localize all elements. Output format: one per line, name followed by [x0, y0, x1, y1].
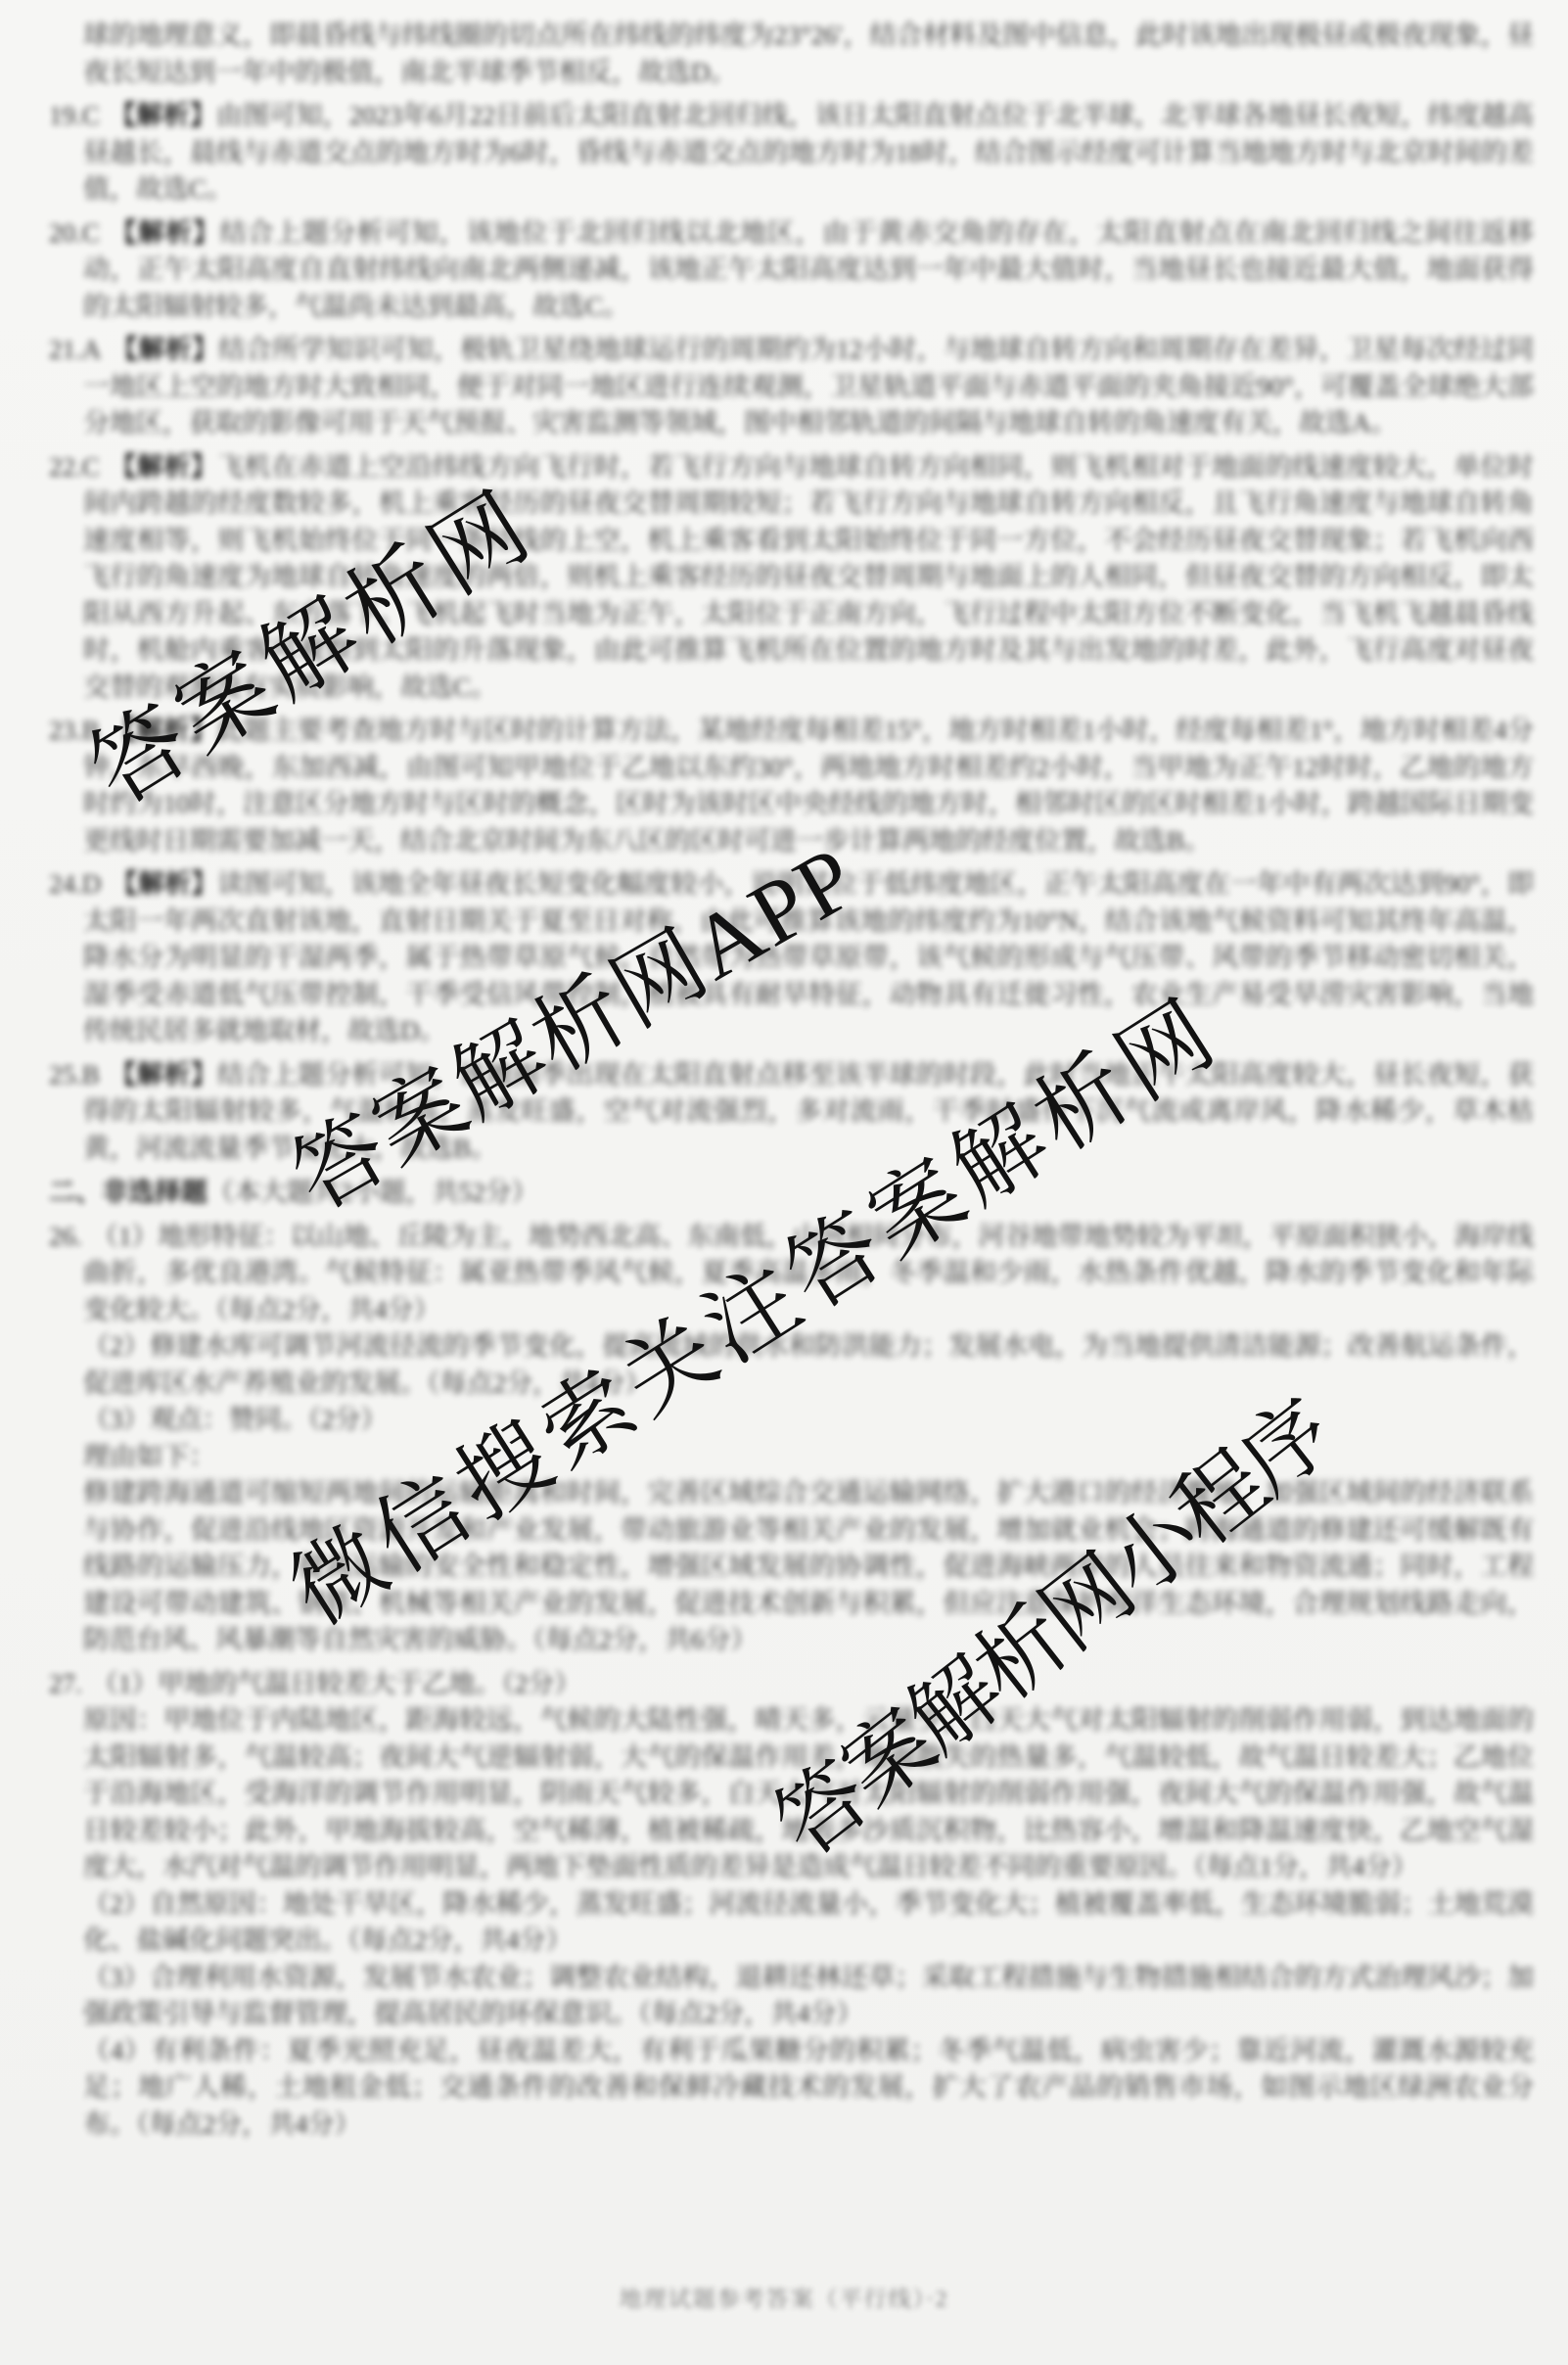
- item-number-answer: 25.B: [49, 1060, 100, 1090]
- question-part-4: （4）有利条件：夏季光照充足，昼夜温差大，有利于瓜果糖分的积累；冬季气温低，病虫…: [83, 2033, 1534, 2144]
- item-explanation: 读图可知，该地全年昼夜长短变化幅度较小，说明其位于低纬度地区，正午太阳高度在一年…: [83, 869, 1534, 1045]
- answer-item-21: 21.A【解析】结合所学知识可知，极轨卫星绕地球运行的周期约为12小时，与地球自…: [49, 332, 1534, 442]
- subjective-question-27: 27.（1）甲地的气温日较差大于乙地。（2分） 原因：甲地位于内陆地区，距海较远…: [49, 1666, 1534, 2144]
- item-number-answer: 19.C: [49, 101, 100, 130]
- item-number-answer: 20.C: [49, 218, 100, 248]
- answer-item-20: 20.C【解析】结合上题分析可知，该地位于北回归线以北地区，由于黄赤交角的存在，…: [49, 215, 1534, 326]
- question-part-3-viewpoint: （3）观点：赞同。（2分）: [83, 1402, 1534, 1439]
- subjective-question-26: 26.（1）地形特征：以山地、丘陵为主，地势西北高、东南低，山河相间分布，河谷地…: [49, 1219, 1534, 1659]
- item-number-answer: 24.D: [49, 869, 101, 899]
- question-part-3-reasons: 修建跨海通道可缩短两地间的运输距离和时间，完善区域综合交通运输网络，扩大港口的经…: [83, 1475, 1534, 1659]
- jiexi-label: 【解析】: [110, 101, 216, 130]
- question-number: 26.: [49, 1222, 82, 1251]
- jiexi-label: 【解析】: [110, 452, 217, 482]
- jiexi-label: 【解析】: [111, 869, 217, 899]
- answer-item-19: 19.C【解析】由图可知，2023年6月22日前后太阳直射北回归线，该日太阳直射…: [49, 98, 1534, 209]
- item-explanation: 此题主要考查地方时与区时的计算方法，某地经度每相差15°，地方时相差1小时，经度…: [83, 716, 1534, 856]
- item-number-answer: 23.B: [49, 716, 100, 745]
- question-part-3: （3）合理利用水资源，发展节水农业；调整农业结构，退耕还林还草；采取工程措施与生…: [83, 1960, 1534, 2033]
- section-header-title: 二、非选择题: [49, 1178, 208, 1207]
- question-part-1: （1）地形特征：以山地、丘陵为主，地势西北高、东南低，山河相间分布，河谷地带地势…: [83, 1222, 1534, 1324]
- item-explanation: 由图可知，2023年6月22日前后太阳直射北回归线，该日太阳直射点位于北半球，北…: [83, 101, 1534, 204]
- question-part-1-answer: （1）甲地的气温日较差大于乙地。（2分）: [92, 1669, 581, 1698]
- question-part-1-reason: 原因：甲地位于内陆地区，距海较远，气候的大陆性强，晴天多，云量少，白天大气对太阳…: [83, 1702, 1534, 1886]
- item-explanation: 结合上题分析可知，该地雨季出现在太阳直射点移至该半球的时段，此时当地正午太阳高度…: [83, 1060, 1534, 1163]
- answer-item-22: 22.C【解析】飞机在赤道上空沿纬线方向飞行时，若飞行方向与地球自转方向相同，则…: [49, 449, 1534, 707]
- item-explanation: 结合所学知识可知，极轨卫星绕地球运行的周期约为12小时，与地球自转方向和周期存在…: [83, 335, 1534, 438]
- question-part-2: （2）修建水库可调节河流径流的季节变化，提高流域的供水和防洪能力；发展水电，为当…: [83, 1328, 1534, 1402]
- jiexi-label: 【解析】: [110, 1060, 217, 1090]
- question-number: 27.: [49, 1669, 82, 1698]
- answer-item-23: 23.B【解析】此题主要考查地方时与区时的计算方法，某地经度每相差15°，地方时…: [49, 713, 1534, 859]
- document-body: 球的地理意义，即晨昏线与纬线圈的切点所在纬线的纬度为23°26′，结合材料及图中…: [49, 18, 1534, 2143]
- page-footer-caption: 地理试题参考答案（平行线）·2: [0, 2281, 1568, 2313]
- scanned-answer-page: 球的地理意义，即晨昏线与纬线圈的切点所在纬线的纬度为23°26′，结合材料及图中…: [0, 0, 1568, 2365]
- jiexi-label: 【解析】: [111, 335, 218, 364]
- intro-continuation-paragraph: 球的地理意义，即晨昏线与纬线圈的切点所在纬线的纬度为23°26′，结合材料及图中…: [83, 18, 1534, 91]
- item-number-answer: 21.A: [49, 335, 101, 364]
- section-header: 二、非选择题（本大题共2小题，共52分）: [49, 1175, 1534, 1212]
- item-number-answer: 22.C: [49, 452, 100, 482]
- answer-item-25: 25.B【解析】结合上题分析可知，该地雨季出现在太阳直射点移至该半球的时段，此时…: [49, 1057, 1534, 1168]
- item-explanation: 结合上题分析可知，该地位于北回归线以北地区，由于黄赤交角的存在，太阳直射点在南北…: [83, 218, 1534, 321]
- question-part-3-lead: 理由如下：: [83, 1439, 1534, 1476]
- question-part-2: （2）自然原因：地处干旱区，降水稀少，蒸发旺盛；河流径流量小，季节变化大；植被覆…: [83, 1886, 1534, 1960]
- jiexi-label: 【解析】: [110, 716, 217, 745]
- item-explanation: 飞机在赤道上空沿纬线方向飞行时，若飞行方向与地球自转方向相同，则飞机相对于地面的…: [83, 452, 1534, 702]
- answer-item-24: 24.D【解析】读图可知，该地全年昼夜长短变化幅度较小，说明其位于低纬度地区，正…: [49, 866, 1534, 1050]
- section-header-note: （本大题共2小题，共52分）: [208, 1178, 538, 1207]
- jiexi-label: 【解析】: [110, 218, 220, 248]
